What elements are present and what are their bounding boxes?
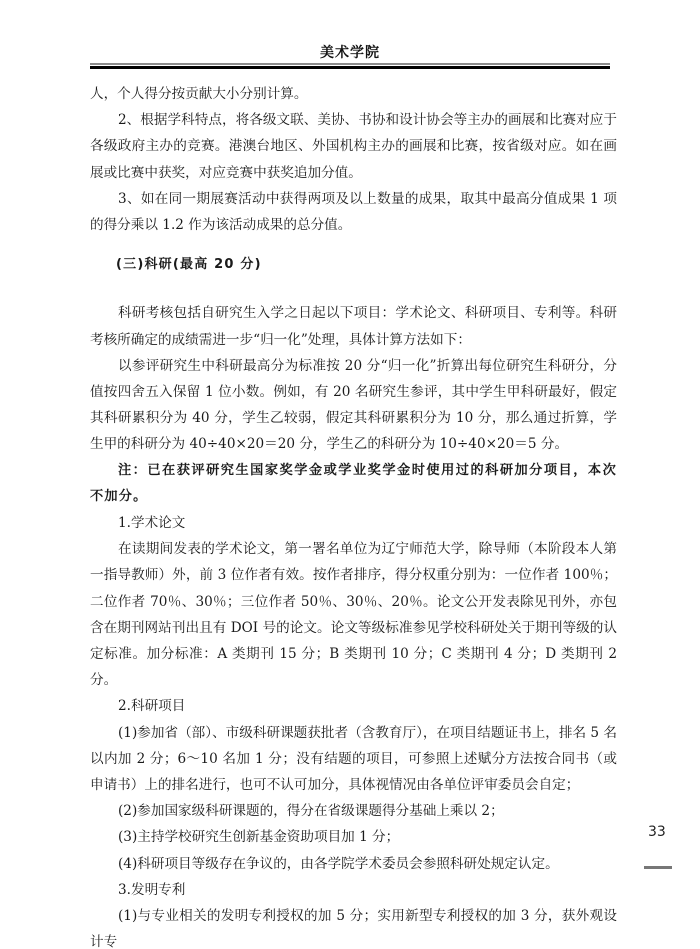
header-thick-rule — [90, 66, 610, 69]
header-thin-rule — [90, 63, 610, 65]
paragraph-rule-3: 3、如在同一期展赛活动中获得两项及以上数量的成果，取其中最高分值成果 1 项的得… — [90, 186, 617, 238]
list-item-project-4: (4)科研项目等级存在争议的，由各学院学术委员会参照科研处规定认定。 — [90, 851, 617, 877]
paragraph-normalization: 以参评研究生中科研最高分为标准按 20 分“归一化”折算出每位研究生科研分，分值… — [90, 353, 617, 458]
list-item-project-2: (2)参加国家级科研课题的，得分在省级课题得分基础上乘以 2； — [90, 798, 617, 824]
list-item-project-3: (3)主持学校研究生创新基金资助项目加 1 分； — [90, 824, 617, 850]
paragraph-rule-2: 2、根据学科特点，将各级文联、美协、书协和设计协会等主办的画展和比赛对应于各级政… — [90, 107, 617, 186]
paragraph-note: 注：已在获评研究生国家奖学金或学业奖学金时使用过的科研加分项目，本次不加分。 — [90, 458, 617, 510]
paragraph-papers: 在读期间发表的学术论文，第一署名单位为辽宁师范大学，除导师（本阶段本人第一指导教… — [90, 536, 617, 693]
paragraph-continuation: 人，个人得分按贡献大小分别计算。 — [90, 81, 617, 107]
subheading-projects: 2.科研项目 — [90, 693, 617, 719]
section-heading-research: (三)科研(最高 20 分) — [90, 252, 617, 278]
page-body: 人，个人得分按贡献大小分别计算。 2、根据学科特点，将各级文联、美协、书协和设计… — [90, 81, 617, 949]
paragraph-research-intro: 科研考核包括自研究生入学之日起以下项目：学术论文、科研项目、专利等。科研考核所确… — [90, 300, 617, 352]
running-header-title: 美术学院 — [0, 42, 700, 62]
list-item-project-1: (1)参加省（部）、市级科研课题获批者（含教育厅），在项目结题证书上，排名 5 … — [90, 720, 617, 799]
subheading-papers: 1.学术论文 — [90, 510, 617, 536]
page-number-bar — [644, 866, 672, 869]
subheading-patents: 3.发明专利 — [90, 877, 617, 903]
list-item-patent-1: (1)与专业相关的发明专利授权的加 5 分；实用新型专利授权的加 3 分，获外观… — [90, 903, 617, 949]
page-number: 33 — [648, 824, 666, 840]
